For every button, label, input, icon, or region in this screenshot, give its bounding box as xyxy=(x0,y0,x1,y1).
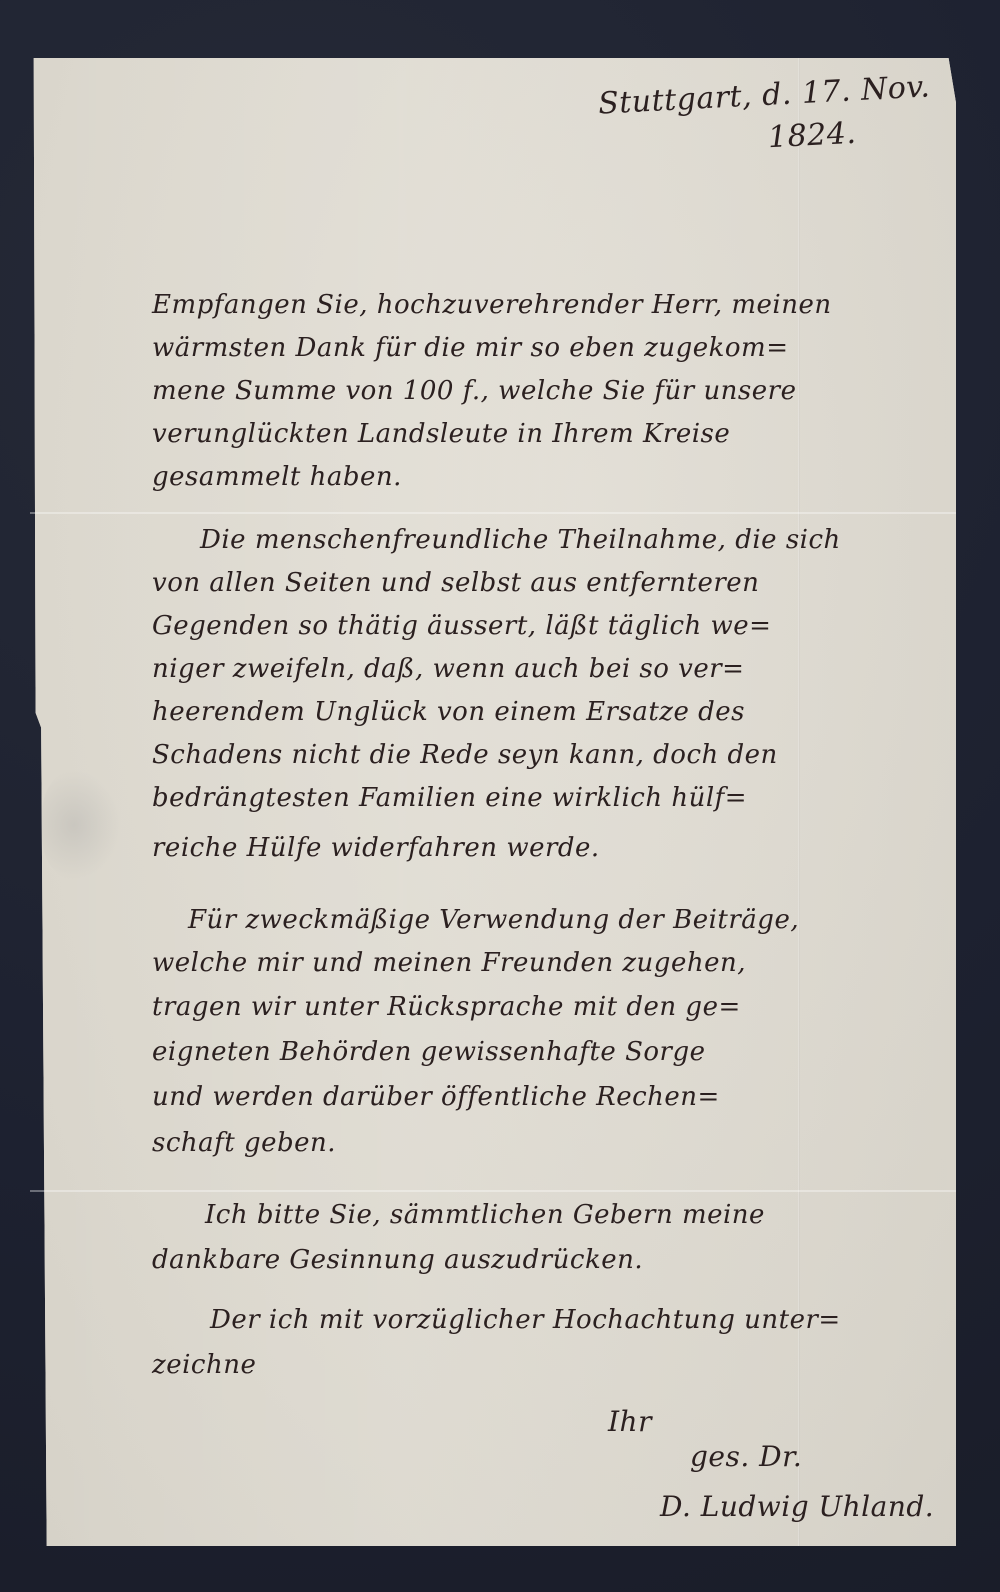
letter-line: gesammelt haben. xyxy=(152,462,402,492)
letter-line: Die menschenfreundliche Theilnahme, die … xyxy=(200,525,841,555)
letter-line: niger zweifeln, daß, wenn auch bei so ve… xyxy=(152,654,744,684)
year: 1824. xyxy=(767,116,857,156)
letter-line: Gegenden so thätig äussert, läßt täglich… xyxy=(152,611,771,641)
letter-line: Der ich mit vorzüglicher Hochachtung unt… xyxy=(210,1305,841,1335)
paper-stain xyxy=(42,770,122,880)
letter-line: bedrängtesten Familien eine wirklich hül… xyxy=(152,783,747,813)
letter-line: wärmsten Dank für die mir so eben zugeko… xyxy=(152,333,788,363)
letter-line: Empfangen Sie, hochzuverehrender Herr, m… xyxy=(152,290,832,320)
letter-line: verunglückten Landsleute in Ihrem Kreise xyxy=(152,419,730,449)
letter-line: zeichne xyxy=(152,1350,256,1380)
letter-line: Für zweckmäßige Verwendung der Beiträge, xyxy=(188,905,799,935)
letter-line: Ich bitte Sie, sämmtlichen Gebern meine xyxy=(205,1200,765,1230)
letter-line: welche mir und meinen Freunden zugehen, xyxy=(152,948,746,978)
letter-line: schaft geben. xyxy=(152,1128,336,1158)
signature: D. Ludwig Uhland. xyxy=(660,1490,934,1523)
letter-line: Schadens nicht die Rede seyn kann, doch … xyxy=(152,740,778,770)
letter-line: reiche Hülfe widerfahren werde. xyxy=(152,833,600,863)
letter-line: heerendem Unglück von einem Ersatze des xyxy=(152,697,745,727)
horizontal-fold-line-lower xyxy=(30,1190,956,1192)
letter-line: mene Summe von 100 f., welche Sie für un… xyxy=(152,376,796,406)
closing-ihr: Ihr xyxy=(608,1405,652,1438)
horizontal-fold-line xyxy=(30,512,956,514)
closing-title: ges. Dr. xyxy=(690,1440,802,1473)
letter-line: dankbare Gesinnung auszudrücken. xyxy=(152,1245,643,1275)
letter-line: und werden darüber öffentliche Rechen= xyxy=(152,1082,720,1112)
letter-line: tragen wir unter Rücksprache mit den ge= xyxy=(152,992,741,1022)
letter-line: von allen Seiten und selbst aus entfernt… xyxy=(152,568,759,598)
letter-line: eigneten Behörden gewissenhafte Sorge xyxy=(152,1037,706,1067)
